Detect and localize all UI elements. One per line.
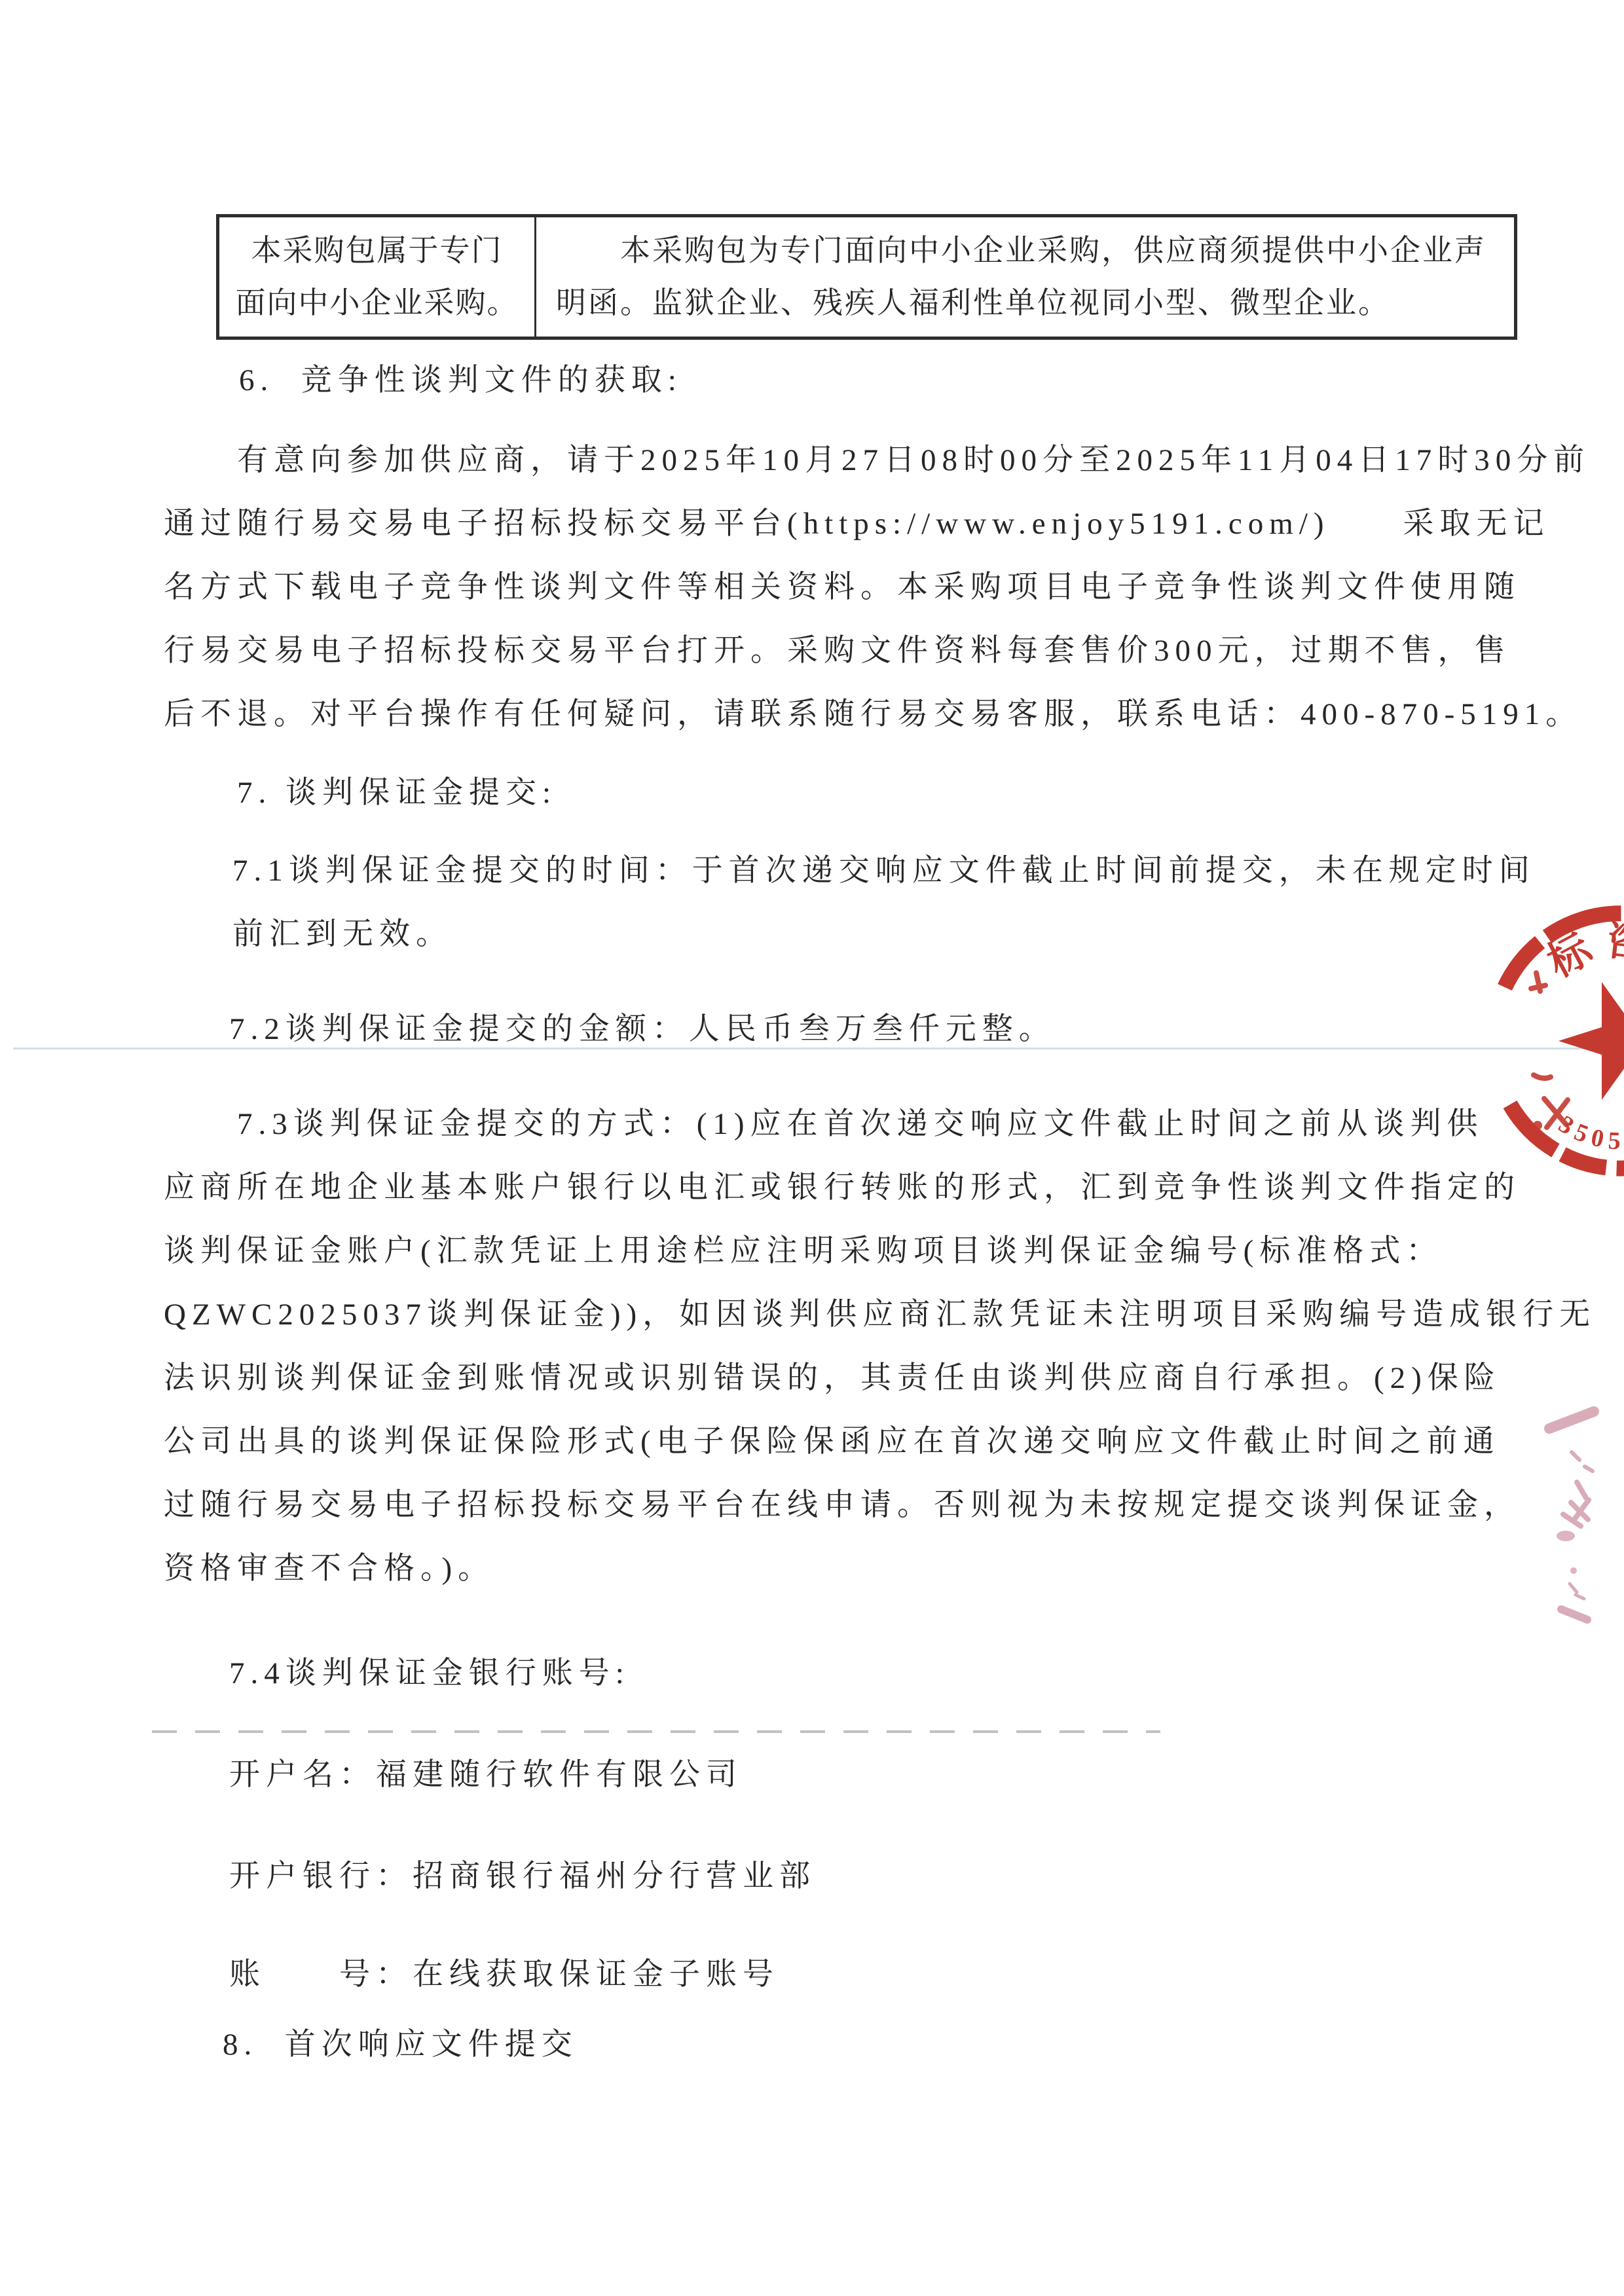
stamp-serial-number: 3505	[1554, 1110, 1624, 1156]
section-7-1-paragraph: 7.1谈判保证金提交的时间：于首次递交响应文件截止时间前提交，未在规定时间前汇到…	[232, 839, 1536, 966]
text-line: 面向中小企业采购。	[236, 277, 519, 329]
text-line: 7.3谈判保证金提交的方式：(1)应在首次递交响应文件截止时间之前从谈判供	[164, 1093, 1596, 1156]
text-line: 7.1谈判保证金提交的时间：于首次递交响应文件截止时间前提交，未在规定时间	[232, 839, 1536, 903]
text-line: QZWC2025037谈判保证金))，如因谈判供应商汇款凭证未注明项目采购编号造…	[164, 1283, 1596, 1347]
bank-account-number-line: 账 号：在线获取保证金子账号	[229, 1954, 779, 1995]
red-seal-stamp: 标咨 3505	[1473, 884, 1624, 1637]
text-line: 明函。监狱企业、残疾人福利性单位视同小型、微型企业。	[556, 277, 1494, 329]
text-line: 名方式下载电子竞争性谈判文件等相关资料。本采购项目电子竞争性谈判文件使用随	[164, 556, 1590, 619]
section-6-paragraph: 有意向参加供应商，请于2025年10月27日08时00分至2025年11月04日…	[164, 429, 1590, 746]
text-line: 前汇到无效。	[232, 903, 1536, 966]
stamp-star	[1559, 982, 1624, 1100]
scan-artifact-dashes	[152, 1730, 1160, 1733]
faint-stamp-fragments	[1557, 1531, 1575, 1541]
stamp-fragment	[1531, 973, 1568, 1127]
section-8-heading: 8. 首次响应文件提交	[223, 2024, 578, 2065]
text-line: 公司出具的谈判保证保险形式(电子保险保函应在首次递交响应文件截止时间之前通	[164, 1410, 1596, 1474]
bank-account-name-line: 开户名：福建随行软件有限公司	[229, 1755, 743, 1795]
stamp-fragment	[1533, 1121, 1542, 1130]
section-7-3-paragraph: 7.3谈判保证金提交的方式：(1)应在首次递交响应文件截止时间之前从谈判供应商所…	[164, 1093, 1596, 1601]
scan-artifact-line	[13, 1048, 1612, 1049]
text-line: 通过随行易交易电子招标投标交易平台(https://www.enjoy5191.…	[164, 492, 1590, 556]
text-line: 法识别谈判保证金到账情况或识别错误的，其责任由谈判供应商自行承担。(2)保险	[164, 1347, 1596, 1410]
section-7-heading: 7. 谈判保证金提交:	[237, 773, 557, 813]
document-page: 本采购包属于专门面向中小企业采购。 本采购包为专门面向中小企业采购，供应商须提供…	[0, 0, 1624, 2296]
text-line: 后不退。对平台操作有任何疑问，请联系随行易交易客服，联系电话：400-870-5…	[164, 683, 1590, 746]
text-line: 资格审查不合格。)。	[164, 1537, 1596, 1601]
text-line: 行易交易电子招标投标交易平台打开。采购文件资料每套售价300元，过期不售，售	[164, 619, 1590, 683]
section-7-2-line: 7.2谈判保证金提交的金额：人民币叁万叁仟元整。	[229, 1009, 1056, 1049]
bank-branch-line: 开户银行：招商银行福州分行营业部	[229, 1856, 816, 1897]
faint-stamp-fragments	[1570, 1567, 1577, 1574]
sme-table-cell-right: 本采购包为专门面向中小企业采购，供应商须提供中小企业声明函。监狱企业、残疾人福利…	[536, 217, 1514, 337]
text-line: 应商所在地企业基本账户银行以电汇或银行转账的形式，汇到竞争性谈判文件指定的	[164, 1156, 1596, 1220]
text-line: 有意向参加供应商，请于2025年10月27日08时00分至2025年11月04日…	[164, 429, 1590, 492]
sme-table-cell-left: 本采购包属于专门面向中小企业采购。	[219, 217, 536, 337]
text-line: 过随行易交易电子招标投标交易平台在线申请。否则视为未按规定提交谈判保证金，	[164, 1474, 1596, 1537]
text-line: 本采购包属于专门	[251, 225, 503, 277]
sme-procurement-table: 本采购包属于专门面向中小企业采购。 本采购包为专门面向中小企业采购，供应商须提供…	[216, 214, 1517, 340]
section-6-heading: 6. 竞争性谈判文件的获取:	[239, 360, 682, 401]
section-7-4-heading: 7.4谈判保证金银行账号:	[229, 1653, 630, 1694]
faint-stamp-fragments	[1549, 1412, 1594, 1620]
text-line: 本采购包为专门面向中小企业采购，供应商须提供中小企业声	[556, 225, 1494, 277]
text-line: 谈判保证金账户(汇款凭证上用途栏应注明采购项目谈判保证金编号(标准格式：	[164, 1220, 1596, 1283]
